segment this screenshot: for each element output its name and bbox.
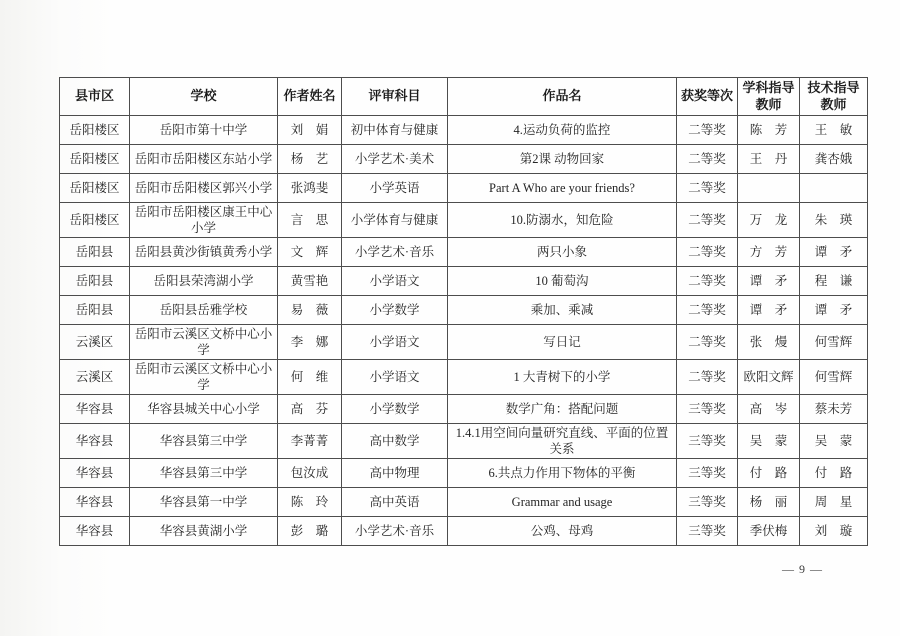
- cell-work: 公鸡、母鸡: [448, 517, 677, 546]
- cell-award: 二等奖: [677, 116, 738, 145]
- cell-award: 二等奖: [677, 203, 738, 238]
- cell-subject: 小学体育与健康: [342, 203, 448, 238]
- cell-subject_teacher: [738, 174, 800, 203]
- cell-award: 二等奖: [677, 360, 738, 395]
- cell-tech_teacher: 周 星: [800, 488, 868, 517]
- cell-work: Grammar and usage: [448, 488, 677, 517]
- cell-subject_teacher: 张 熳: [738, 325, 800, 360]
- cell-subject: 高中英语: [342, 488, 448, 517]
- cell-author: 陈 玲: [278, 488, 342, 517]
- cell-work: 6.共点力作用下物体的平衡: [448, 459, 677, 488]
- cell-subject_teacher: 陈 芳: [738, 116, 800, 145]
- table-row: 华容县华容县第三中学包汝成高中物理6.共点力作用下物体的平衡三等奖付 路付 路: [60, 459, 868, 488]
- cell-tech_teacher: 蔡未芳: [800, 395, 868, 424]
- cell-author: 易 薇: [278, 296, 342, 325]
- cell-district: 岳阳县: [60, 267, 130, 296]
- cell-school: 岳阳县黄沙街镇黄秀小学: [130, 238, 278, 267]
- column-header-award: 获奖等次: [677, 78, 738, 116]
- table-row: 云溪区岳阳市云溪区文桥中心小学李 娜小学语文写日记二等奖张 熳何雪辉: [60, 325, 868, 360]
- cell-author: 李菁菁: [278, 424, 342, 459]
- cell-subject_teacher: 季伏梅: [738, 517, 800, 546]
- cell-subject_teacher: 方 芳: [738, 238, 800, 267]
- cell-work: 两只小象: [448, 238, 677, 267]
- cell-school: 岳阳市云溪区文桥中心小学: [130, 360, 278, 395]
- cell-subject: 小学语文: [342, 267, 448, 296]
- cell-award: 二等奖: [677, 238, 738, 267]
- column-header-work: 作品名: [448, 78, 677, 116]
- cell-author: 言 思: [278, 203, 342, 238]
- cell-school: 岳阳市第十中学: [130, 116, 278, 145]
- cell-tech_teacher: 付 路: [800, 459, 868, 488]
- cell-district: 云溪区: [60, 325, 130, 360]
- cell-tech_teacher: 吴 蒙: [800, 424, 868, 459]
- table-row: 岳阳楼区岳阳市岳阳楼区郭兴小学张鸿斐小学英语Part A Who are you…: [60, 174, 868, 203]
- cell-author: 何 维: [278, 360, 342, 395]
- cell-work: 4.运动负荷的监控: [448, 116, 677, 145]
- cell-subject_teacher: 吴 蒙: [738, 424, 800, 459]
- column-header-school: 学校: [130, 78, 278, 116]
- cell-award: 二等奖: [677, 145, 738, 174]
- cell-subject: 小学艺术·音乐: [342, 517, 448, 546]
- cell-work: 写日记: [448, 325, 677, 360]
- cell-school: 岳阳市岳阳楼区郭兴小学: [130, 174, 278, 203]
- cell-work: 1 大青树下的小学: [448, 360, 677, 395]
- cell-subject: 小学英语: [342, 174, 448, 203]
- table-row: 岳阳县岳阳县岳雅学校易 薇小学数学乘加、乘减二等奖谭 矛谭 矛: [60, 296, 868, 325]
- cell-school: 华容县第一中学: [130, 488, 278, 517]
- column-header-subject: 评审科目: [342, 78, 448, 116]
- column-header-tech_teacher: 技术指导教师: [800, 78, 868, 116]
- cell-district: 岳阳楼区: [60, 116, 130, 145]
- table-row: 岳阳县岳阳县荣湾湖小学黄雪艳小学语文10 葡萄沟二等奖谭 矛程 谦: [60, 267, 868, 296]
- cell-work: 第2课 动物回家: [448, 145, 677, 174]
- cell-tech_teacher: 何雪辉: [800, 360, 868, 395]
- cell-work: Part A Who are your friends?: [448, 174, 677, 203]
- cell-subject: 小学艺术·美术: [342, 145, 448, 174]
- cell-tech_teacher: 朱 瑛: [800, 203, 868, 238]
- cell-tech_teacher: 王 敏: [800, 116, 868, 145]
- cell-tech_teacher: 程 谦: [800, 267, 868, 296]
- cell-district: 岳阳楼区: [60, 203, 130, 238]
- cell-subject_teacher: 万 龙: [738, 203, 800, 238]
- cell-author: 李 娜: [278, 325, 342, 360]
- cell-author: 杨 艺: [278, 145, 342, 174]
- column-header-author: 作者姓名: [278, 78, 342, 116]
- cell-author: 黄雪艳: [278, 267, 342, 296]
- column-header-subject_teacher: 学科指导教师: [738, 78, 800, 116]
- table-row: 华容县华容县城关中心小学高 芬小学数学数学广角：搭配问题三等奖高 岑蔡未芳: [60, 395, 868, 424]
- cell-subject: 高中物理: [342, 459, 448, 488]
- cell-school: 岳阳市岳阳楼区康王中心小学: [130, 203, 278, 238]
- cell-award: 二等奖: [677, 296, 738, 325]
- cell-district: 岳阳楼区: [60, 174, 130, 203]
- cell-work: 10.防溺水，知危险: [448, 203, 677, 238]
- table-row: 岳阳县岳阳县黄沙街镇黄秀小学文 辉小学艺术·音乐两只小象二等奖方 芳谭 矛: [60, 238, 868, 267]
- table-row: 华容县华容县第一中学陈 玲高中英语Grammar and usage三等奖杨 丽…: [60, 488, 868, 517]
- cell-work: 1.4.1用空间向量研究直线、平面的位置关系: [448, 424, 677, 459]
- cell-subject: 小学数学: [342, 296, 448, 325]
- cell-subject_teacher: 谭 矛: [738, 267, 800, 296]
- cell-school: 岳阳县荣湾湖小学: [130, 267, 278, 296]
- cell-subject_teacher: 王 丹: [738, 145, 800, 174]
- cell-award: 三等奖: [677, 488, 738, 517]
- awards-table-body: 岳阳楼区岳阳市第十中学刘 娟初中体育与健康4.运动负荷的监控二等奖陈 芳王 敏岳…: [60, 116, 868, 546]
- cell-district: 华容县: [60, 459, 130, 488]
- cell-district: 岳阳县: [60, 238, 130, 267]
- cell-district: 岳阳县: [60, 296, 130, 325]
- cell-district: 华容县: [60, 488, 130, 517]
- cell-district: 云溪区: [60, 360, 130, 395]
- cell-tech_teacher: 何雪辉: [800, 325, 868, 360]
- cell-award: 三等奖: [677, 459, 738, 488]
- cell-subject_teacher: 欧阳文辉: [738, 360, 800, 395]
- cell-author: 刘 娟: [278, 116, 342, 145]
- cell-school: 华容县第三中学: [130, 424, 278, 459]
- cell-work: 数学广角：搭配问题: [448, 395, 677, 424]
- cell-district: 华容县: [60, 517, 130, 546]
- cell-district: 岳阳楼区: [60, 145, 130, 174]
- table-row: 岳阳楼区岳阳市岳阳楼区康王中心小学言 思小学体育与健康10.防溺水，知危险二等奖…: [60, 203, 868, 238]
- cell-school: 岳阳市岳阳楼区东站小学: [130, 145, 278, 174]
- document-page: 县市区学校作者姓名评审科目作品名获奖等次学科指导教师技术指导教师 岳阳楼区岳阳市…: [0, 0, 900, 636]
- page-number: — 9 —: [782, 562, 823, 577]
- cell-school: 岳阳县岳雅学校: [130, 296, 278, 325]
- header-row: 县市区学校作者姓名评审科目作品名获奖等次学科指导教师技术指导教师: [60, 78, 868, 116]
- cell-award: 三等奖: [677, 395, 738, 424]
- cell-award: 二等奖: [677, 325, 738, 360]
- cell-subject_teacher: 谭 矛: [738, 296, 800, 325]
- cell-district: 华容县: [60, 424, 130, 459]
- column-header-district: 县市区: [60, 78, 130, 116]
- table-row: 岳阳楼区岳阳市第十中学刘 娟初中体育与健康4.运动负荷的监控二等奖陈 芳王 敏: [60, 116, 868, 145]
- cell-author: 包汝成: [278, 459, 342, 488]
- cell-tech_teacher: 刘 璇: [800, 517, 868, 546]
- cell-subject: 小学语文: [342, 360, 448, 395]
- table-row: 云溪区岳阳市云溪区文桥中心小学何 维小学语文1 大青树下的小学二等奖欧阳文辉何雪…: [60, 360, 868, 395]
- cell-award: 二等奖: [677, 174, 738, 203]
- cell-school: 华容县黄湖小学: [130, 517, 278, 546]
- cell-subject_teacher: 高 岑: [738, 395, 800, 424]
- cell-school: 岳阳市云溪区文桥中心小学: [130, 325, 278, 360]
- cell-author: 彭 璐: [278, 517, 342, 546]
- cell-author: 文 辉: [278, 238, 342, 267]
- table-row: 华容县华容县第三中学李菁菁高中数学1.4.1用空间向量研究直线、平面的位置关系三…: [60, 424, 868, 459]
- cell-subject_teacher: 杨 丽: [738, 488, 800, 517]
- cell-subject: 小学艺术·音乐: [342, 238, 448, 267]
- cell-tech_teacher: 谭 矛: [800, 238, 868, 267]
- cell-award: 三等奖: [677, 517, 738, 546]
- table-row: 华容县华容县黄湖小学彭 璐小学艺术·音乐公鸡、母鸡三等奖季伏梅刘 璇: [60, 517, 868, 546]
- awards-table-header: 县市区学校作者姓名评审科目作品名获奖等次学科指导教师技术指导教师: [60, 78, 868, 116]
- cell-subject: 高中数学: [342, 424, 448, 459]
- cell-subject: 小学语文: [342, 325, 448, 360]
- cell-award: 二等奖: [677, 267, 738, 296]
- cell-award: 三等奖: [677, 424, 738, 459]
- cell-subject_teacher: 付 路: [738, 459, 800, 488]
- cell-author: 张鸿斐: [278, 174, 342, 203]
- cell-school: 华容县第三中学: [130, 459, 278, 488]
- cell-subject: 小学数学: [342, 395, 448, 424]
- awards-table: 县市区学校作者姓名评审科目作品名获奖等次学科指导教师技术指导教师 岳阳楼区岳阳市…: [59, 77, 868, 546]
- cell-district: 华容县: [60, 395, 130, 424]
- cell-author: 高 芬: [278, 395, 342, 424]
- cell-work: 10 葡萄沟: [448, 267, 677, 296]
- table-row: 岳阳楼区岳阳市岳阳楼区东站小学杨 艺小学艺术·美术第2课 动物回家二等奖王 丹龚…: [60, 145, 868, 174]
- cell-tech_teacher: 龚杏娥: [800, 145, 868, 174]
- cell-school: 华容县城关中心小学: [130, 395, 278, 424]
- cell-work: 乘加、乘减: [448, 296, 677, 325]
- cell-subject: 初中体育与健康: [342, 116, 448, 145]
- cell-tech_teacher: [800, 174, 868, 203]
- cell-tech_teacher: 谭 矛: [800, 296, 868, 325]
